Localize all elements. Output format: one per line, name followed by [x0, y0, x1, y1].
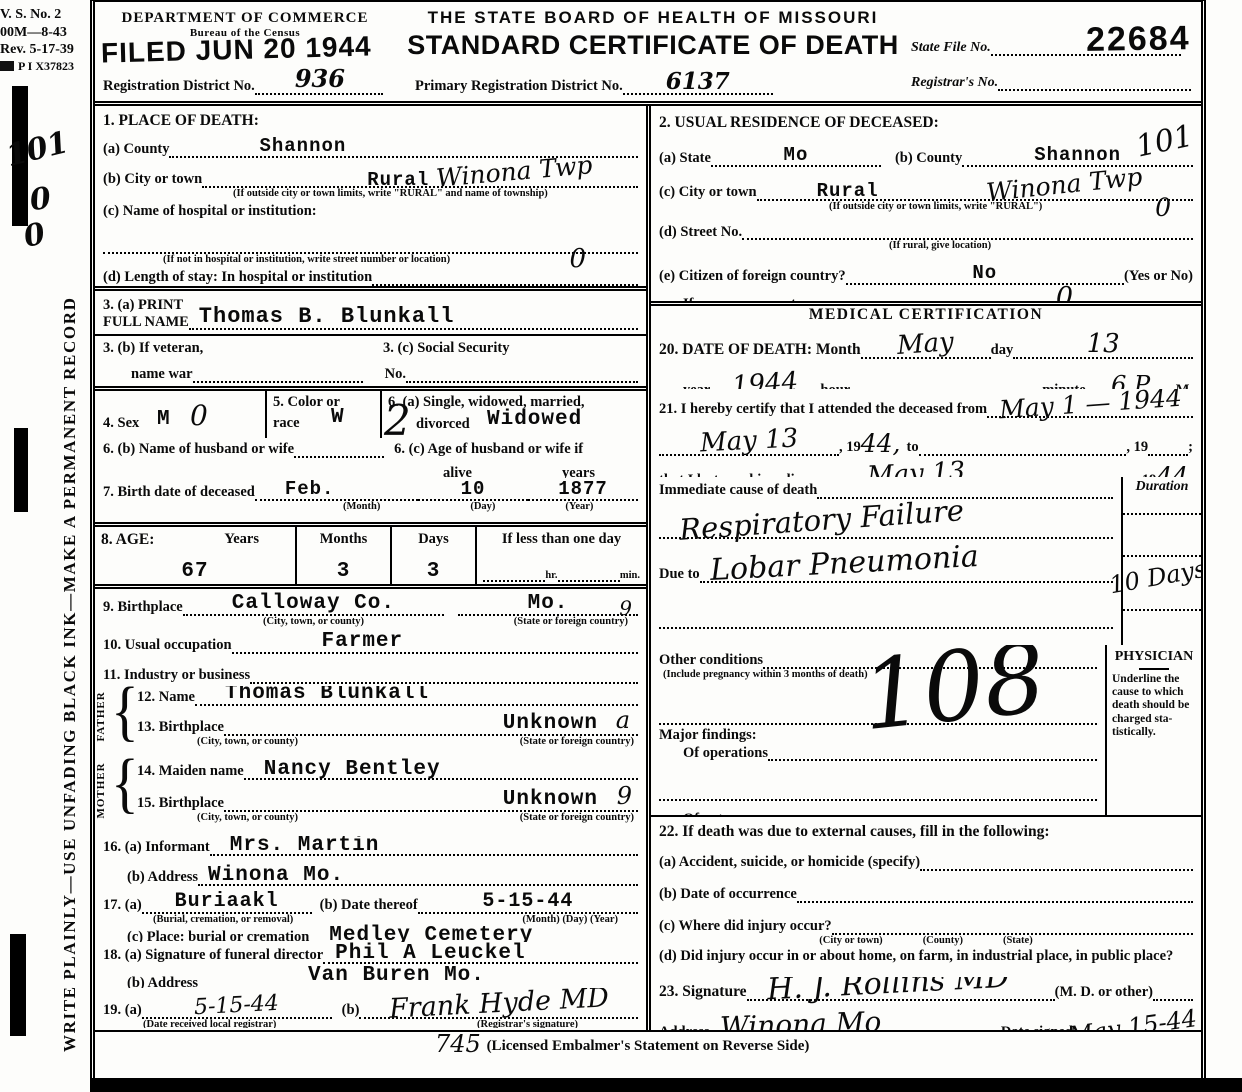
- s21-hw3: 44,: [861, 431, 901, 456]
- s23-suffix: (M. D. or other): [1055, 984, 1153, 1001]
- age-days: 3: [398, 561, 469, 582]
- s17a-caption: (Burial, cremation, or removal): [153, 914, 293, 926]
- section-burial: 17. (a) Buriaakl (b) Date thereof 5-15-4…: [95, 888, 646, 942]
- punch-bar-bottom: [10, 934, 26, 1036]
- s17c-line: Medley Cemetery: [309, 928, 638, 942]
- due-spacer-line: [659, 611, 1113, 629]
- death-certificate-scan: V. S. No. 2 00M—8-43 Rev. 5-17-39 P I X3…: [0, 0, 1242, 1092]
- section-birthplace: 9. Birthplace Calloway Co. Mo. 9 (City, …: [95, 584, 646, 630]
- s1c-caption: (If not in hospital or institution, writ…: [163, 254, 450, 266]
- margin-hw-0b: 0: [21, 216, 49, 255]
- s12-value: Thomas Blunkall: [225, 686, 429, 704]
- wife-age-label2: alive: [443, 465, 472, 478]
- s20-year-line: 1944: [710, 371, 820, 389]
- s2a-label: (a) State: [659, 150, 711, 167]
- s1a-value: Shannon: [259, 137, 346, 156]
- s22-title: 22. If death was due to external causes,…: [659, 823, 1050, 841]
- s1a-label: (a) County: [103, 141, 169, 158]
- s21-hw5: 44: [1156, 464, 1188, 477]
- embalmer-note: (Licensed Embalmer's Statement on Revers…: [95, 1032, 1201, 1055]
- marital-label2: divorced: [416, 416, 470, 433]
- s1d-label: (d) Length of stay: In hospital or insti…: [103, 269, 372, 286]
- operations-label: Of operations: [683, 745, 768, 762]
- section-industry: 11. Industry or business: [95, 662, 646, 686]
- s17c-value: Medley Cemetery: [329, 925, 533, 942]
- state-file-value: 22684: [1086, 19, 1191, 60]
- s2c-value: Rural: [817, 182, 879, 201]
- state-file-label: State File No.: [911, 40, 991, 56]
- s7-year-line: 1877: [528, 480, 638, 501]
- s2f-hw: 0: [1056, 284, 1073, 301]
- husband-line2: [103, 464, 403, 478]
- s1-title: 1. PLACE OF DEATH:: [103, 112, 259, 130]
- s2c-hw2: 0: [1155, 195, 1171, 220]
- s23-value: H. J. Rollins MD: [766, 977, 1010, 1005]
- s7-month: Feb.: [285, 480, 335, 499]
- age-months: 3: [303, 561, 384, 582]
- s3b-line: [193, 365, 363, 383]
- s22c-cap1: (City or town): [819, 935, 882, 947]
- s7-month-line: Feb.: [255, 483, 418, 501]
- s1c-label: (c) Name of hospital or institution:: [103, 203, 317, 220]
- s3c-line: [406, 365, 638, 383]
- due1-line: Lobar Pneumonia: [700, 565, 1113, 583]
- age-less-h: If less than one day: [483, 531, 640, 548]
- s18a-value: Phil A Leuckel: [335, 943, 525, 964]
- s17b-value: 5-15-44: [482, 892, 573, 912]
- age-hr-line: [483, 564, 545, 582]
- s22c-cap2: (County): [923, 935, 963, 947]
- section-occupation: 10. Usual occupation Farmer: [95, 630, 646, 662]
- section-spouse: 6. (b) Name of husband or wife 6. (c) Ag…: [95, 438, 646, 478]
- reg-district-value: 936: [295, 67, 345, 91]
- s22d-label: (d) Did injury occur in or about home, o…: [659, 948, 1173, 965]
- s20-year: 1944: [731, 369, 799, 389]
- section-full-name: 3. (a) PRINT FULL NAME Thomas B. Blunkal…: [95, 286, 646, 334]
- s16b-label: (b) Address: [127, 869, 198, 886]
- wife-age-label1: 6. (c) Age of husband or wife if: [394, 441, 583, 458]
- physician-header: PHYSICIAN: [1112, 649, 1196, 665]
- s21-hw4: May 13: [867, 458, 966, 477]
- wife-age-line: [472, 464, 562, 478]
- age-min-label: min.: [620, 570, 640, 582]
- section-other-conditions: Other conditions (Include pregnancy with…: [651, 645, 1201, 815]
- race-label1: 5. Color or: [273, 394, 340, 411]
- s17b-caption: (Month) (Day) (Year): [522, 914, 618, 926]
- s13-hw: a: [616, 708, 630, 732]
- section-birth-date: 7. Birth date of deceased Feb. 10 1877 (…: [95, 478, 646, 522]
- s21-end1: , 19: [1126, 439, 1148, 456]
- s2b-line: Shannon 101: [962, 146, 1193, 167]
- s19a-value: 5-15-44: [194, 993, 280, 1019]
- s2b-label: (b) County: [895, 150, 962, 167]
- mother-side-label: MOTHER: [95, 758, 111, 824]
- s18b-label: (b) Address: [127, 975, 198, 988]
- s23-sig-line: H. J. Rollins MD: [747, 983, 1055, 1001]
- major-label: Major findings:: [659, 727, 757, 744]
- race-label2: race: [273, 415, 300, 432]
- section-certify: 21. I hereby certify that I attended the…: [651, 389, 1201, 477]
- s19b-line: Frank Hyde MD: [359, 990, 638, 1019]
- other-label: Other conditions: [659, 652, 763, 669]
- s18b-value: Van Buren Mo.: [308, 965, 485, 986]
- s19b-value: Frank Hyde MD: [388, 988, 609, 1023]
- s17a-value: Buriaakl: [175, 892, 279, 912]
- s13-label: 13. Birthplace: [137, 719, 224, 736]
- father-side-label: FATHER: [95, 686, 111, 748]
- wife-age-suffix: years: [562, 465, 595, 478]
- age-label: 8. AGE:: [101, 531, 154, 549]
- age-min-line: [558, 564, 620, 582]
- cause-line1: [817, 481, 1113, 499]
- vs-no: V. S. No. 2: [0, 6, 96, 24]
- cause-line2: Respiratory Failure: [659, 521, 1113, 539]
- s2e-value: No: [972, 264, 997, 283]
- right-column: 2. USUAL RESIDENCE OF DECEASED: (a) Stat…: [651, 106, 1201, 1030]
- s21-line4: [1148, 438, 1188, 456]
- rev-code: Rev. 5-17-39: [0, 41, 96, 59]
- s9-cap2: (State or foreign country): [514, 616, 628, 628]
- plate-code: P I X37823: [18, 59, 74, 74]
- age-days-h: Days: [398, 531, 469, 548]
- husband-line: [294, 440, 384, 458]
- s1d-line: [372, 268, 638, 286]
- s17a-label: 17. (a): [103, 897, 142, 914]
- union-bug-icon: [0, 61, 14, 71]
- s2a-value: Mo: [784, 146, 809, 165]
- s15-label: 15. Birthplace: [137, 795, 224, 812]
- s2d-line: [742, 222, 1193, 240]
- s14-value: Nancy Bentley: [264, 759, 441, 780]
- s20-hour-label: hour: [820, 382, 850, 389]
- s17a-line: Buriaakl: [142, 892, 312, 914]
- s21-hw1: May 1 — 1944: [998, 389, 1182, 422]
- s7-year-cap: (Year): [565, 501, 593, 513]
- s14-label: 14. Maiden name: [137, 763, 244, 780]
- registrar-no-label: Registrar's No.: [911, 75, 998, 91]
- s2e-line: No: [846, 264, 1124, 285]
- registrar-no-line: [998, 73, 1191, 91]
- s22c-line: [832, 917, 1193, 935]
- s13-value: Unknown: [503, 713, 598, 734]
- s12-label: 12. Name: [137, 689, 195, 706]
- dept-label: DEPARTMENT OF COMMERCE: [95, 10, 395, 27]
- mother-brace: {: [111, 758, 129, 828]
- husband-label: 6. (b) Name of husband or wife: [103, 441, 294, 458]
- s1b-line: Rural Winona Twp: [202, 170, 638, 188]
- operations-line: [768, 743, 1097, 761]
- s15-cap2: (State or foreign country): [520, 812, 634, 824]
- margin-hw-0a: 0: [28, 181, 54, 219]
- section-funeral-director: 18. (a) Signature of funeral director Ph…: [95, 942, 646, 988]
- s2b-hw: 101: [1133, 121, 1195, 162]
- age-years: 67: [101, 561, 289, 582]
- s3a-line: Thomas B. Blunkall: [189, 312, 638, 330]
- s13-line: Unknown a: [224, 718, 638, 736]
- reg-district-line: 936: [255, 77, 383, 95]
- age-hr-label: hr.: [545, 570, 557, 582]
- s1b-hw: Winona Twp: [436, 152, 594, 191]
- s14-line: Nancy Bentley: [244, 762, 638, 780]
- cause-hw: Respiratory Failure: [678, 496, 964, 545]
- s15-value: Unknown: [503, 789, 598, 810]
- section-age: 8. AGE: Years 67 Months 3 Days 3: [95, 522, 646, 584]
- s2d-caption: (If rural, give location): [889, 240, 991, 252]
- duration-header: Duration: [1123, 477, 1201, 495]
- s12-line: Thomas Blunkall: [195, 688, 638, 706]
- s7-day-cap: (Day): [470, 501, 495, 513]
- s22b-label: (b) Date of occurrence: [659, 886, 797, 903]
- s21-semi: ;: [1188, 439, 1193, 456]
- write-plainly-note: WRITE PLAINLY—USE UNFADING BLACK INK—MAK…: [60, 297, 80, 1052]
- s2-title: 2. USUAL RESIDENCE OF DECEASED:: [659, 114, 939, 132]
- s7-day-line: 10: [418, 480, 528, 501]
- s3c-label2: No.: [385, 366, 406, 383]
- punch-bar-mid: [14, 428, 28, 512]
- s18b-line: Van Buren Mo.: [198, 974, 638, 988]
- s20-hour-line: [850, 381, 1042, 389]
- s20-min-line: 6 P: [1086, 373, 1176, 389]
- sex-value: M: [157, 409, 171, 430]
- medical-cert-title-block: MEDICAL CERTIFICATION: [651, 301, 1201, 327]
- s16b-line: Winona Mo.: [198, 868, 638, 886]
- s19a-line: 5-15-44: [142, 995, 332, 1019]
- s17c-label: (c) Place: burial or cremation: [127, 929, 309, 942]
- s9-value2: Mo.: [528, 593, 569, 614]
- s17b-line: 5-15-44: [418, 892, 638, 914]
- certificate-title: STANDARD CERTIFICATE OF DEATH: [395, 30, 911, 61]
- print-info: V. S. No. 2 00M—8-43 Rev. 5-17-39 P I X3…: [0, 6, 96, 74]
- footer-strip: 745 (Licensed Embalmer's Statement on Re…: [95, 1030, 1201, 1066]
- s23-addr-line: Winona Mo: [710, 1023, 1001, 1030]
- s15-line: Unknown 9: [224, 794, 638, 812]
- s3a-value: Thomas B. Blunkall: [199, 306, 455, 328]
- form-header: DEPARTMENT OF COMMERCE Bureau of the Cen…: [95, 2, 1201, 106]
- s22a-line: [920, 853, 1193, 871]
- s18a-line: Phil A Leuckel: [323, 946, 638, 964]
- s9-cap1: (City, town, or county): [263, 616, 364, 628]
- s2e-suffix: (Yes or No): [1124, 268, 1193, 285]
- sex-hw: 0: [190, 402, 208, 430]
- s7-label: 7. Birth date of deceased: [103, 484, 255, 501]
- s2c-label: (c) City or town: [659, 184, 757, 201]
- marital-hw: 2: [384, 400, 411, 438]
- s2e-label: (e) Citizen of foreign country?: [659, 268, 846, 285]
- s20-month: May: [896, 329, 954, 359]
- s21-line1: May 1 — 1944: [987, 391, 1193, 418]
- s16b-value: Winona Mo.: [208, 865, 344, 886]
- physician-column: PHYSICIAN Underline the cause to which d…: [1105, 645, 1201, 815]
- s23-date-line: May 15-44: [1073, 1015, 1193, 1030]
- section-cause-of-death: Immediate cause of death Respiratory Fai…: [651, 477, 1201, 645]
- section-place-of-death: 1. PLACE OF DEATH: (a) County Shannon (b…: [95, 106, 646, 286]
- form-code: 00M—8-43: [0, 24, 96, 42]
- s3a-label: 3. (a) PRINT FULL NAME: [103, 297, 189, 330]
- s7-month-cap: (Month): [343, 501, 380, 513]
- s15-cap1: (City, town, or county): [197, 812, 298, 824]
- section-veteran-ssn: 3. (b) If veteran, 3. (c) Social Securit…: [95, 334, 646, 386]
- s3a-label1: 3. (a) PRINT: [103, 297, 183, 313]
- s16a-line: Mrs. Martin: [210, 838, 638, 856]
- s21-hw2: May 13: [699, 425, 798, 456]
- left-column: 1. PLACE OF DEATH: (a) County Shannon (b…: [95, 106, 651, 1030]
- s21-line3: [919, 438, 1127, 456]
- s2c-hw: Winona Twp: [986, 164, 1144, 205]
- s7-year: 1877: [558, 480, 608, 499]
- s19a-caption: (Date received local registrar): [143, 1019, 276, 1028]
- due1-hw: Lobar Pneumonia: [709, 542, 979, 586]
- s9-label: 9. Birthplace: [103, 599, 183, 616]
- s15-hw: 9: [617, 784, 632, 808]
- physician-note: Underline the cause to which death shoul…: [1112, 673, 1196, 739]
- s2d-label: (d) Street No.: [659, 224, 742, 241]
- s3c-label1: 3. (c) Social Security: [383, 340, 509, 357]
- race-value: W: [331, 407, 345, 428]
- s11-line: [250, 666, 638, 684]
- s2c-caption: (If outside city or town limits, write "…: [829, 201, 1042, 213]
- section-registrar: 19. (a) 5-15-44 (b) Frank Hyde MD (Date …: [95, 988, 646, 1028]
- s22b-line: [797, 885, 1193, 903]
- section-usual-residence: 2. USUAL RESIDENCE OF DECEASED: (a) Stat…: [651, 106, 1201, 301]
- section-date-of-death: 20. DATE OF DEATH: Month May day 13 year…: [651, 327, 1201, 389]
- s9-hw: 9: [619, 598, 632, 618]
- s9-line1: Calloway Co.: [183, 593, 444, 616]
- s20-day-label: day: [991, 342, 1014, 359]
- s21-to: to: [907, 439, 919, 456]
- cause-label: Immediate cause of death: [659, 482, 817, 499]
- medical-cert-title: MEDICAL CERTIFICATION: [809, 306, 1043, 323]
- s20-m-label: M.: [1176, 382, 1193, 389]
- s9-line2: Mo. 9: [458, 593, 638, 616]
- s3a-label2: FULL NAME: [103, 314, 189, 330]
- due1-label: Due to: [659, 566, 700, 583]
- s11-label: 11. Industry or business: [103, 667, 250, 684]
- s21-intro: 21. I hereby certify that I attended the…: [659, 401, 987, 418]
- other-caption: (Include pregnancy within 3 months of de…: [663, 669, 868, 681]
- primary-reg-label: Primary Registration District No.: [415, 78, 623, 95]
- reg-district-label: Registration District No.: [103, 78, 255, 95]
- s13-cap2: (State or foreign country): [520, 736, 634, 748]
- duration-column: Duration 10 Days: [1121, 477, 1201, 645]
- age-months-h: Months: [303, 531, 384, 548]
- s1b-label: (b) City or town: [103, 171, 202, 188]
- s10-label: 10. Usual occupation: [103, 637, 232, 654]
- section-mother: MOTHER { 14. Maiden name Nancy Bentley 1…: [95, 758, 646, 836]
- sex-label: 4. Sex: [103, 415, 139, 432]
- section-informant: 16. (a) Informant Mrs. Martin (b) Addres…: [95, 836, 646, 888]
- s3b-label2: name war: [131, 366, 193, 383]
- section-external-causes: 22. If death was due to external causes,…: [651, 815, 1201, 977]
- primary-reg-line: 6137: [623, 70, 773, 95]
- marital-value: Widowed: [487, 409, 582, 430]
- s23-label: 23. Signature: [659, 983, 747, 1001]
- s20-min: 6 P: [1111, 373, 1150, 389]
- father-brace: {: [111, 686, 129, 752]
- physician-divider: [1139, 668, 1169, 670]
- s3b-label1: 3. (b) If veteran,: [103, 340, 383, 357]
- s20-min-label: minute: [1042, 382, 1086, 389]
- s22c-cap3: (State): [1003, 935, 1033, 947]
- s16a-label: 16. (a) Informant: [103, 839, 210, 856]
- section-physician-signature: 23. Signature H. J. Rollins MD (M. D. or…: [651, 977, 1201, 1030]
- certificate-form: DEPARTMENT OF COMMERCE Bureau of the Cen…: [90, 0, 1206, 1078]
- s23-addr-value: Winona Mo: [719, 1008, 881, 1030]
- age-years-h: Years: [224, 531, 259, 549]
- board-title: THE STATE BOARD OF HEALTH OF MISSOURI: [395, 8, 911, 28]
- section-sex-race-marital: 4. Sex M 0 5. Color or race W 6. (a) Sin…: [95, 386, 646, 438]
- s2c-line: Rural Winona Twp: [757, 183, 1193, 201]
- s20-label: 20. DATE OF DEATH: Month: [659, 341, 861, 359]
- s7-day: 10: [461, 480, 486, 499]
- s10-line: Farmer: [232, 636, 638, 654]
- s2a-line: Mo: [711, 146, 881, 167]
- operations-line2: [659, 783, 1097, 801]
- s18a-label: 18. (a) Signature of funeral director: [103, 947, 323, 964]
- s19a-label: 19. (a): [103, 1002, 142, 1019]
- s19b-label: (b): [342, 1002, 360, 1019]
- s20-year-label: year: [683, 382, 710, 389]
- s23-date-value: May 15-44: [1067, 1006, 1198, 1030]
- section-father: FATHER { 12. Name Thomas Blunkall 13. Bi…: [95, 686, 646, 758]
- s20-month-line: May: [861, 331, 991, 359]
- s20-day: 13: [1087, 331, 1120, 357]
- s21-pre1: , 19: [839, 439, 861, 456]
- s1b-caption: (If outside city or town limits, write "…: [233, 188, 548, 200]
- s1c-line: [103, 236, 638, 254]
- s17b-label: (b) Date thereof: [320, 897, 418, 914]
- s20-day-line: 13: [1013, 331, 1193, 359]
- scan-bottom-bar: [90, 1078, 1242, 1092]
- s9-value1: Calloway Co.: [232, 593, 395, 614]
- s10-value: Farmer: [322, 631, 404, 652]
- hw-108: 108: [857, 645, 1049, 744]
- s16a-value: Mrs. Martin: [230, 836, 380, 856]
- primary-reg-value: 6137: [666, 70, 730, 93]
- s2b-value: Shannon: [1034, 146, 1121, 165]
- s22c-label: (c) Where did injury occur?: [659, 918, 832, 935]
- s13-cap1: (City, town, or county): [197, 736, 298, 748]
- s22a-label: (a) Accident, suicide, or homicide (spec…: [659, 854, 920, 871]
- s19b-caption: (Registrar's signature): [477, 1019, 578, 1028]
- s23-suffix-line: [1153, 983, 1193, 1001]
- footer-hw: 745: [435, 1032, 481, 1056]
- s21-line2: May 13: [659, 428, 839, 456]
